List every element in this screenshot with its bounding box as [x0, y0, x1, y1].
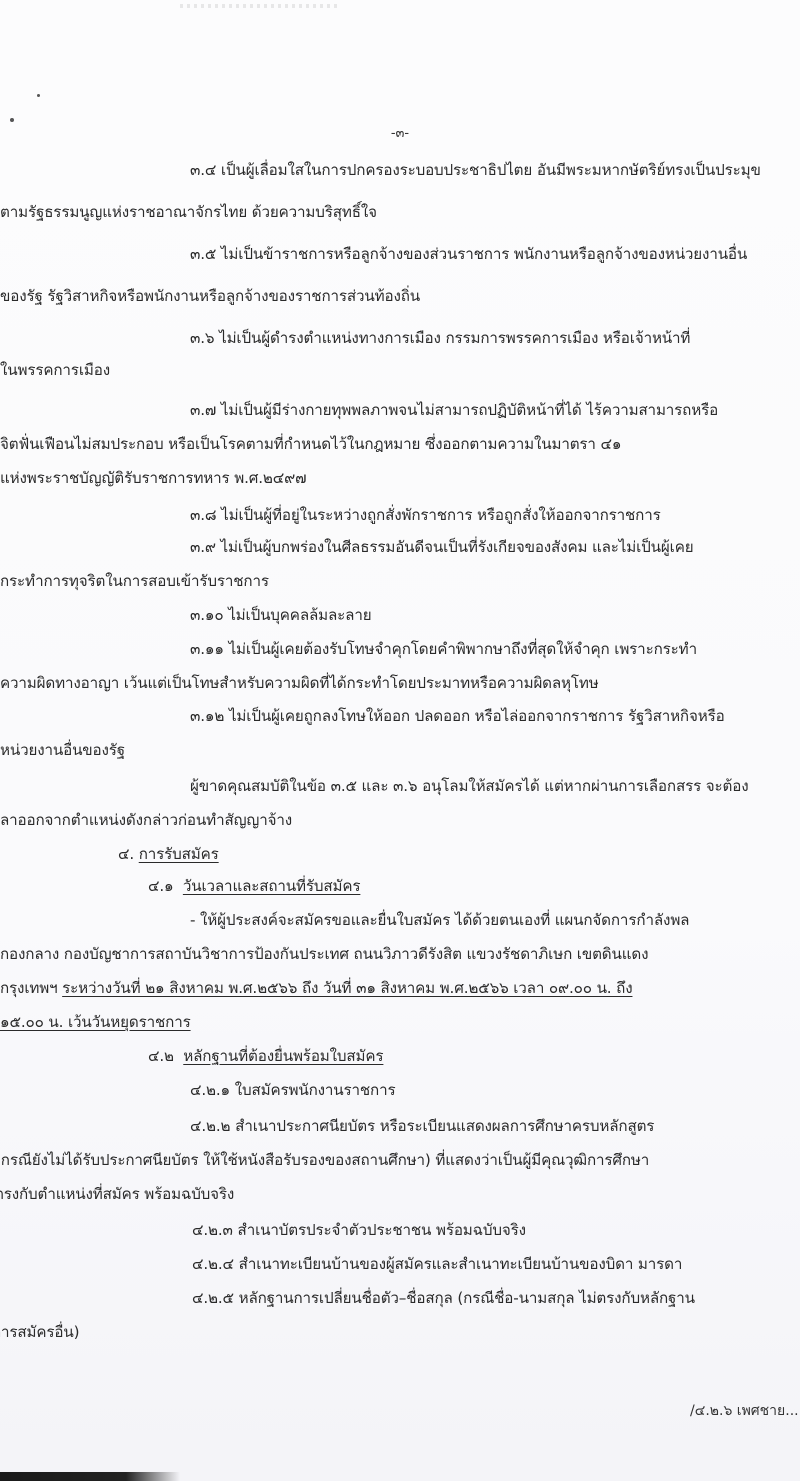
clause-3-4-line-1: ๓.๔ เป็นผู้เลื่อมใสในการปกครองระบอบประชา…: [190, 160, 761, 180]
clause-3-10: ๓.๑๐ ไม่เป็นบุคคลล้มละลาย: [190, 605, 371, 625]
scan-edge-shadow: [0, 1472, 180, 1481]
item-4-2-2-line-3: ตรงกับตำแหน่งที่สมัคร พร้อมฉบับจริง: [0, 1184, 234, 1204]
clause-3-7-line-3: แห่งพระราชบัญญัติรับราชการทหาร พ.ศ.๒๔๙๗: [0, 468, 306, 488]
section-4-1-body-line-2: กองกลาง กองบัญชาการสถาบันวิชาการป้องกันป…: [0, 944, 648, 964]
section-4-2-number: ๔.๒: [148, 1047, 174, 1065]
section-4-2-title: หลักฐานที่ต้องยื่นพร้อมใบสมัคร: [183, 1047, 383, 1065]
clause-3-7-line-1: ๓.๗ ไม่เป็นผู้มีร่างกายทุพพลภาพจนไม่สามา…: [190, 400, 718, 420]
clause-3-5-line-2: ของรัฐ รัฐวิสาหกิจหรือพนักงานหรือลูกจ้าง…: [0, 286, 420, 306]
scan-artifact: [180, 4, 340, 8]
section-4-heading: ๔. การรับสมัคร: [118, 844, 219, 864]
page-number: -๓-: [0, 122, 800, 143]
section-4-1-body-line-4: ๑๕.๐๐ น. เว้นวันหยุดราชการ: [0, 1012, 191, 1032]
item-4-2-3: ๔.๒.๓ สำเนาบัตรประจำตัวประชาชน พร้อมฉบับ…: [192, 1220, 526, 1240]
clause-3-11-line-1: ๓.๑๑ ไม่เป็นผู้เคยต้องรับโทษจำคุกโดยคำพิ…: [190, 639, 697, 659]
clause-3-7-line-2: จิตฟั่นเฟือนไม่สมประกอบ หรือเป็นโรคตามที…: [0, 434, 621, 454]
clause-3-6-line-2: ในพรรคการเมือง: [0, 360, 110, 380]
item-4-2-5-line-2: การสมัครอื่น): [0, 1322, 79, 1342]
item-4-2-2-line-1: ๔.๒.๒ สำเนาประกาศนียบัตร หรือระเบียนแสดง…: [190, 1116, 654, 1136]
clause-3-12-line-2: หน่วยงานอื่นของรัฐ: [0, 740, 125, 760]
clause-3-8: ๓.๘ ไม่เป็นผู้ที่อยู่ในระหว่างถูกสั่งพัก…: [190, 505, 661, 525]
section-4-1-body-line-3: กรุงเทพฯ ระหว่างวันที่ ๒๑ สิงหาคม พ.ศ.๒๕…: [0, 978, 632, 998]
section-4-1-body-line-1: - ให้ผู้ประสงค์จะสมัครขอและยื่นใบสมัคร ไ…: [190, 910, 689, 930]
section-4-number: ๔.: [118, 845, 134, 863]
application-period: ระหว่างวันที่ ๒๑ สิงหาคม พ.ศ.๒๕๖๖ ถึง วั…: [62, 979, 632, 997]
continuation-reference: /๔.๒.๖ เพศชาย...: [690, 1400, 799, 1422]
clause-3-4-line-2: ตามรัฐธรรมนูญแห่งราชอาณาจักรไทย ด้วยความ…: [0, 202, 377, 222]
scan-speck: [37, 94, 40, 97]
location-city: กรุงเทพฯ: [0, 979, 62, 997]
clause-3-5-line-1: ๓.๕ ไม่เป็นข้าราชการหรือลูกจ้างของส่วนรา…: [190, 244, 747, 264]
item-4-2-1: ๔.๒.๑ ใบสมัครพนักงานราชการ: [190, 1080, 395, 1100]
item-4-2-5-line-1: ๔.๒.๕ หลักฐานการเปลี่ยนชื่อตัว–ชื่อสกุล …: [192, 1288, 695, 1308]
exception-note-line-2: ลาออกจากตำแหน่งดังกล่าวก่อนทำสัญญาจ้าง: [0, 810, 292, 830]
clause-3-12-line-1: ๓.๑๒ ไม่เป็นผู้เคยถูกลงโทษให้ออก ปลดออก …: [190, 706, 725, 726]
section-4-1-heading: ๔.๑ วันเวลาและสถานที่รับสมัคร: [148, 876, 360, 896]
exception-note-line-1: ผู้ขาดคุณสมบัติในข้อ ๓.๕ และ ๓.๖ อนุโลมใ…: [190, 776, 748, 796]
item-4-2-4: ๔.๒.๔ สำเนาทะเบียนบ้านของผู้สมัครและสำเน…: [192, 1254, 682, 1274]
clause-3-9-line-2: กระทำการทุจริตในการสอบเข้ารับราชการ: [0, 571, 269, 591]
clause-3-6-line-1: ๓.๖ ไม่เป็นผู้ดำรงตำแหน่งทางการเมือง กรร…: [190, 328, 690, 348]
section-4-1-number: ๔.๑: [148, 877, 174, 895]
section-4-2-heading: ๔.๒ หลักฐานที่ต้องยื่นพร้อมใบสมัคร: [148, 1046, 383, 1066]
application-hours-end: ๑๕.๐๐ น. เว้นวันหยุดราชการ: [0, 1013, 191, 1031]
clause-3-11-line-2: ความผิดทางอาญา เว้นแต่เป็นโทษสำหรับความผ…: [0, 673, 599, 693]
scanned-document-page: -๓- ๓.๔ เป็นผู้เลื่อมใสในการปกครองระบอบป…: [0, 0, 800, 1481]
item-4-2-2-line-2: (กรณียังไม่ได้รับประกาศนียบัตร ให้ใช้หนั…: [0, 1150, 649, 1170]
clause-3-9-line-1: ๓.๙ ไม่เป็นผู้บกพร่องในศีลธรรมอันดีจนเป็…: [190, 537, 693, 557]
section-4-1-title: วันเวลาและสถานที่รับสมัคร: [183, 877, 361, 895]
section-4-title: การรับสมัคร: [139, 845, 219, 863]
